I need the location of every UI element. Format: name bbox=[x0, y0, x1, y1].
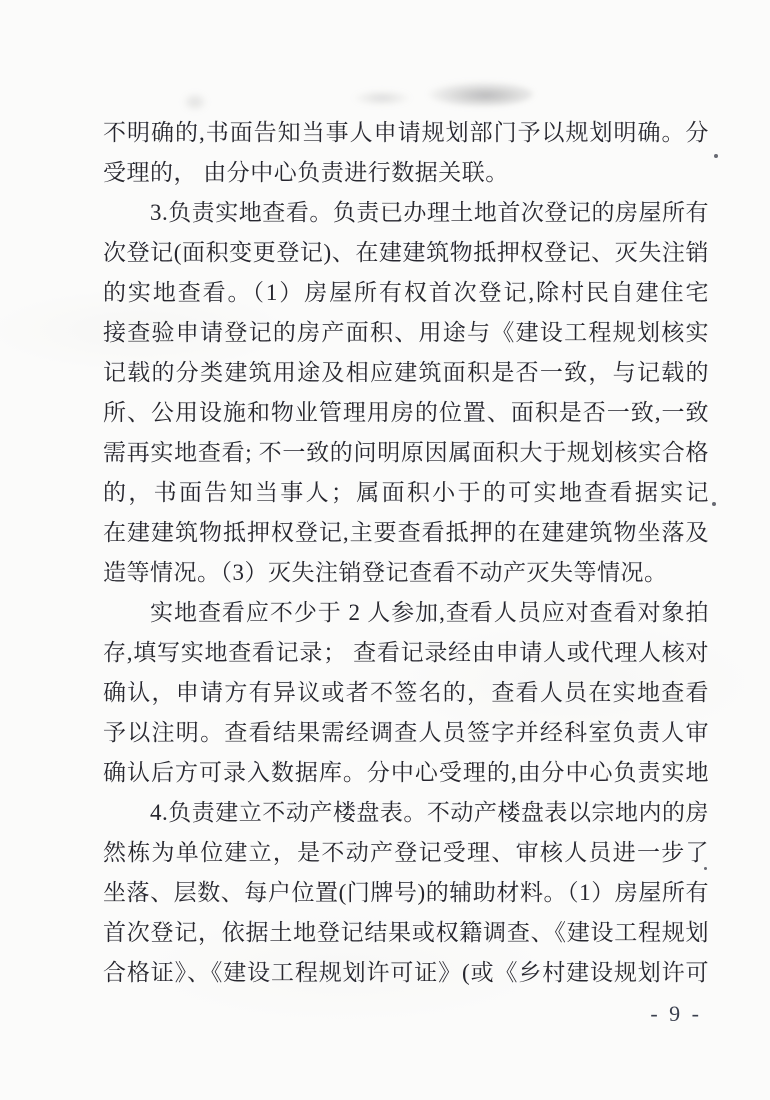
document-line: 实地查看应不少于 2 人参加,查看人员应对查看对象拍照留 bbox=[103, 593, 709, 633]
document-line: 记载的分类建筑用途及相应建筑面积是否一致，与记载的公共场 bbox=[103, 353, 709, 393]
document-line: 受理的， 由分中心负责进行数据关联。 bbox=[103, 153, 709, 193]
document-line: 存,填写实地查看记录； 查看记录经由申请人或代理人核对签名 bbox=[103, 633, 709, 673]
document-line: 造等情况。（3）灭失注销登记查看不动产灭失等情况。 bbox=[103, 553, 709, 593]
document-line: 在建建筑物抵押权登记,主要查看抵押的在建建筑物坐落及其建 bbox=[103, 513, 709, 553]
document-line: 次登记(面积变更登记)、在建建筑物抵押权登记、灭失注销登记 bbox=[103, 233, 709, 273]
document-line: 4.负责建立不动产楼盘表。不动产楼盘表以宗地内的房屋自 bbox=[103, 793, 709, 833]
scan-smudge bbox=[182, 92, 208, 112]
scan-smudge bbox=[428, 82, 533, 106]
scan-speck bbox=[714, 154, 718, 158]
document-line: 的实地查看。（1）房屋所有权首次登记,除村民自建住宅外，直 bbox=[103, 273, 709, 313]
scan-speck bbox=[712, 502, 716, 506]
document-line: 所、公用设施和物业管理用房的位置、面积是否一致,一致的不 bbox=[103, 393, 709, 433]
document-line: 予以注明。查看结果需经调查人员签字并经科室负责人审查签字 bbox=[103, 713, 709, 753]
document-line: 的，书面告知当事人；属面积小于的可实地查看据实记载。（2） bbox=[103, 473, 709, 513]
document-line: 确认后方可录入数据库。分中心受理的,由分中心负责实地查看。 bbox=[103, 753, 709, 793]
document-line: 3.负责实地查看。负责已办理土地首次登记的房屋所有权首 bbox=[103, 193, 709, 233]
document-line: 首次登记，依据土地登记结果或权籍调查、《建设工程规划核实 bbox=[103, 913, 709, 953]
document-line: 合格证》、《建设工程规划许可证》(或《乡村建设规划许可证》)、 bbox=[103, 953, 709, 993]
page-number: - 9 - bbox=[650, 1001, 702, 1027]
document-line: 接查验申请登记的房产面积、用途与《建设工程规划核实合格证》 bbox=[103, 313, 709, 353]
document-line: 然栋为单位建立，是不动产登记受理、审核人员进一步了解楼盘 bbox=[103, 833, 709, 873]
document-line: 不明确的,书面告知当事人申请规划部门予以规划明确。分中心 bbox=[103, 113, 709, 153]
scan-smudge bbox=[352, 90, 412, 106]
document-line: 确认，申请方有异议或者不签名的，查看人员在实地查看记录上 bbox=[103, 673, 709, 713]
document-body: 不明确的,书面告知当事人申请规划部门予以规划明确。分中心 受理的， 由分中心负责… bbox=[103, 113, 709, 993]
scanned-document-page: 不明确的,书面告知当事人申请规划部门予以规划明确。分中心 受理的， 由分中心负责… bbox=[0, 0, 770, 1100]
document-line: 需再实地查看; 不一致的问明原因属面积大于规划核实合格面积 bbox=[103, 433, 709, 473]
document-line: 坐落、层数、每户位置(门牌号)的辅助材料。（1）房屋所有权 bbox=[103, 873, 709, 913]
